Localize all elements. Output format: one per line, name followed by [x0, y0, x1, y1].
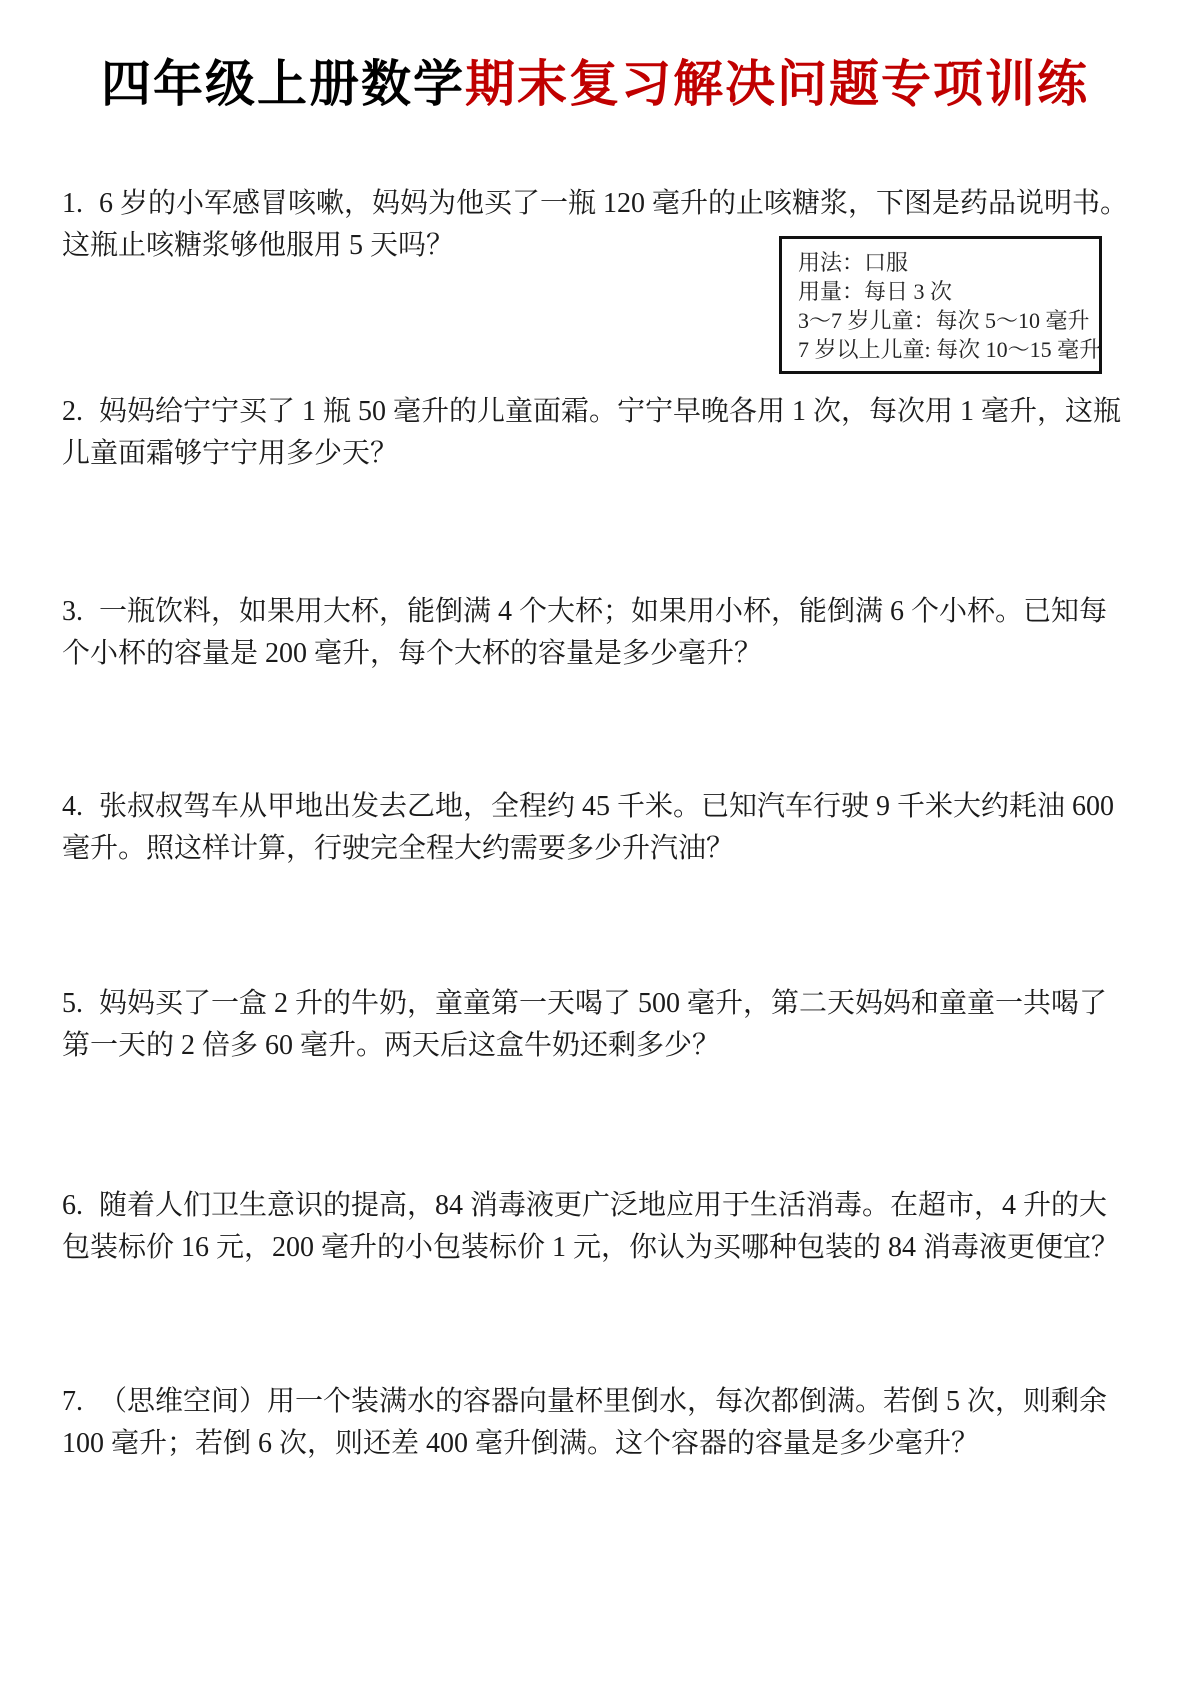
- medicine-child-dose-line: 3～7 岁儿童：每次 5～10 毫升: [798, 306, 1087, 335]
- question-text-line: 张叔叔驾车从甲地出发去乙地，全程约 45 千米。已知汽车行驶 9 千米大约耗油 …: [99, 791, 1114, 822]
- question-text-line: （思维空间）用一个装满水的容器向量杯里倒水，每次都倒满。若倒 5 次，则剩余: [99, 1386, 1107, 1417]
- question-2: 2.妈妈给宁宁买了 1 瓶 50 毫升的儿童面霜。宁宁早晚各用 1 次，每次用 …: [62, 391, 1154, 475]
- question-number: 5.: [62, 988, 83, 1019]
- question-3: 3.一瓶饮料，如果用大杯，能倒满 4 个大杯；如果用小杯，能倒满 6 个小杯。已…: [62, 591, 1154, 675]
- question-text-line: 儿童面霜够宁宁用多少天？: [62, 433, 1154, 475]
- question-6: 6.随着人们卫生意识的提高，84 消毒液更广泛地应用于生活消毒。在超市，4 升的…: [62, 1185, 1154, 1269]
- question-number: 2.: [62, 396, 83, 427]
- question-text-line: 第一天的 2 倍多 60 毫升。两天后这盒牛奶还剩多少？: [62, 1025, 1154, 1067]
- medicine-usage-line: 用法：口服: [798, 248, 1087, 277]
- page-title: 四年级上册数学期末复习解决问题专项训练: [0, 52, 1190, 116]
- worksheet-page: 四年级上册数学期末复习解决问题专项训练 1.6 岁的小军感冒咳嗽，妈妈为他买了一…: [0, 0, 1190, 1682]
- question-text-line: 6 岁的小军感冒咳嗽，妈妈为他买了一瓶 120 毫升的止咳糖浆，下图是药品说明书…: [99, 188, 1128, 219]
- question-4: 4.张叔叔驾车从甲地出发去乙地，全程约 45 千米。已知汽车行驶 9 千米大约耗…: [62, 786, 1154, 870]
- question-number: 6.: [62, 1190, 83, 1221]
- title-red-part: 期末复习解决问题专项训练: [465, 56, 1089, 112]
- question-7: 7.（思维空间）用一个装满水的容器向量杯里倒水，每次都倒满。若倒 5 次，则剩余…: [62, 1381, 1154, 1465]
- question-text-line: 包装标价 16 元，200 毫升的小包装标价 1 元，你认为买哪种包装的 84 …: [62, 1227, 1154, 1269]
- question-text-line: 100 毫升；若倒 6 次，则还差 400 毫升倒满。这个容器的容量是多少毫升？: [62, 1423, 1154, 1465]
- medicine-older-child-dose-line: 7 岁以上儿童: 每次 10～15 毫升: [798, 335, 1087, 364]
- question-text-line: 随着人们卫生意识的提高，84 消毒液更广泛地应用于生活消毒。在超市，4 升的大: [99, 1190, 1107, 1221]
- title-black-part: 四年级上册数学: [101, 56, 465, 112]
- question-number: 7.: [62, 1386, 83, 1417]
- question-text-line: 妈妈给宁宁买了 1 瓶 50 毫升的儿童面霜。宁宁早晚各用 1 次，每次用 1 …: [99, 396, 1121, 427]
- medicine-dosage-line: 用量：每日 3 次: [798, 277, 1087, 306]
- question-text-line: 个小杯的容量是 200 毫升，每个大杯的容量是多少毫升？: [62, 633, 1154, 675]
- question-text-line: 一瓶饮料，如果用大杯，能倒满 4 个大杯；如果用小杯，能倒满 6 个小杯。已知每: [99, 596, 1107, 627]
- question-5: 5.妈妈买了一盒 2 升的牛奶，童童第一天喝了 500 毫升，第二天妈妈和童童一…: [62, 983, 1154, 1067]
- question-number: 3.: [62, 596, 83, 627]
- question-number: 1.: [62, 188, 83, 219]
- question-text-line: 毫升。照这样计算，行驶完全程大约需要多少升汽油？: [62, 828, 1154, 870]
- question-number: 4.: [62, 791, 83, 822]
- medicine-instructions-box: 用法：口服 用量：每日 3 次 3～7 岁儿童：每次 5～10 毫升 7 岁以上…: [779, 236, 1102, 374]
- question-text-line: 妈妈买了一盒 2 升的牛奶，童童第一天喝了 500 毫升，第二天妈妈和童童一共喝…: [99, 988, 1107, 1019]
